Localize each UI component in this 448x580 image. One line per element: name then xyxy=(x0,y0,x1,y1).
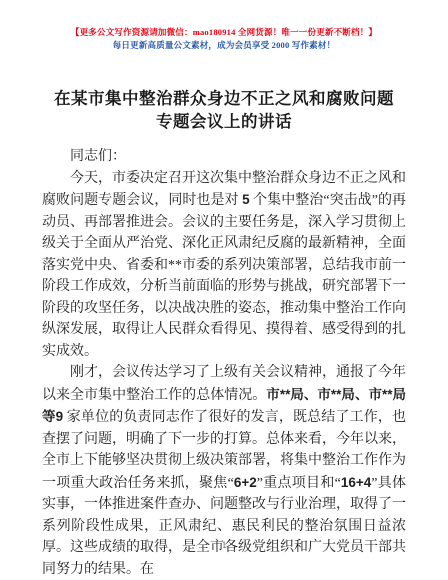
page-number: 1 xyxy=(0,540,448,550)
document-title-line-1: 在某市集中整治群众身边不正之风和腐败问题 xyxy=(54,90,394,108)
document-title-line-2: 专题会议上的讲话 xyxy=(156,113,292,131)
document-body: 同志们： 今天，市委决定召开这次集中整治群众身边不正之风和腐败问题专题会议，同时… xyxy=(42,146,406,580)
watermark-line-1: 【更多公文写作资源请加微信：mao180914 全网货源！唯一一份更新不断档！】 xyxy=(0,26,448,39)
paragraph-1: 今天，市委决定召开这次集中整治群众身边不正之风和腐败问题专题会议，同时也是对 5… xyxy=(42,168,406,363)
document-page: 【更多公文写作资源请加微信：mao180914 全网货源！唯一一份更新不断档！】… xyxy=(0,0,448,580)
salutation: 同志们： xyxy=(42,146,406,168)
watermark-line-2: 每日更新高质量公文素材，成为会员享受 2000 写作素材！ xyxy=(0,39,448,52)
document-title: 在某市集中整治群众身边不正之风和腐败问题 专题会议上的讲话 xyxy=(42,88,406,134)
watermark-header: 【更多公文写作资源请加微信：mao180914 全网货源！唯一一份更新不断档！】… xyxy=(0,0,448,52)
